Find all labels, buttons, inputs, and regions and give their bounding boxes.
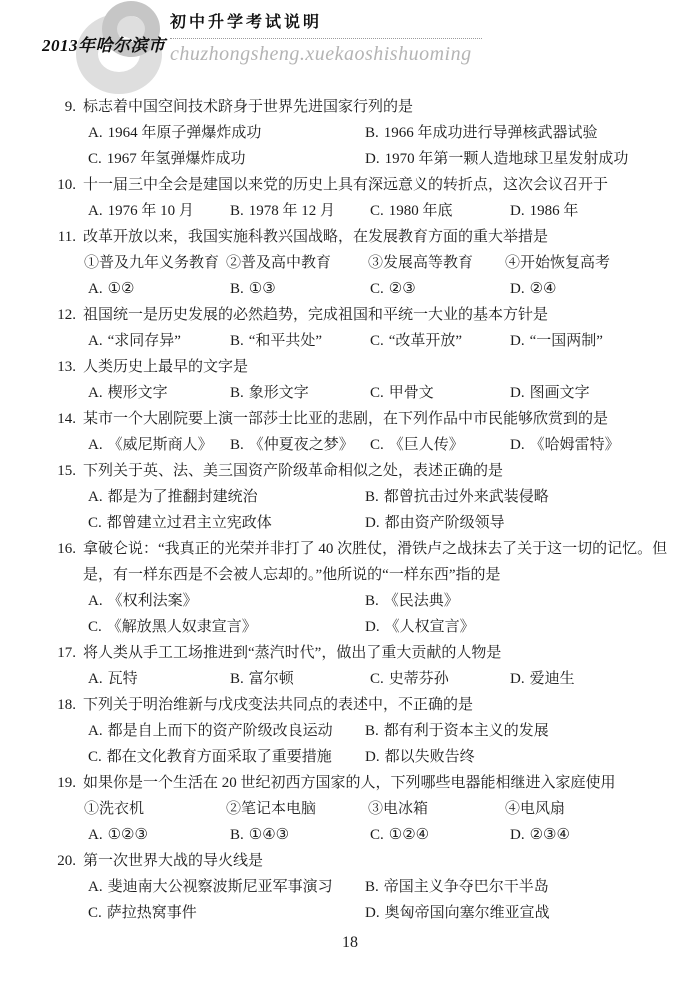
- option: B.《民法典》: [365, 588, 676, 614]
- options-row: A.《权利法案》B.《民法典》: [50, 588, 676, 614]
- question-stem-row: 12.祖国统一是历史发展的必然趋势，完成祖国和平统一大业的基本方针是: [50, 302, 676, 328]
- question-stem: 某市一个大剧院要上演一部莎士比亚的悲剧，在下列作品中市民能够欣赏到的是: [83, 406, 676, 432]
- option-text: ①②④: [389, 827, 429, 843]
- option: D.都以失败告终: [365, 744, 676, 770]
- option: B.①③: [230, 276, 370, 302]
- option-text: 甲骨文: [389, 385, 434, 401]
- option: B.《仲夏夜之梦》: [230, 432, 370, 458]
- options-row: C.《解放黑人奴隶宣言》D.《人权宣言》: [50, 614, 676, 640]
- question-number: 14.: [50, 406, 76, 432]
- option: D.爱迪生: [510, 666, 676, 692]
- page-number: 18: [0, 934, 700, 952]
- option: A.瓦特: [88, 666, 230, 692]
- option-text: 1970 年第一颗人造地球卫星发射成功: [385, 151, 629, 167]
- option: C.史蒂芬孙: [370, 666, 510, 692]
- option: D.1986 年: [510, 198, 676, 224]
- option-label: C.: [370, 385, 384, 401]
- question-stem: 十一届三中全会是建国以来党的历史上具有深远意义的转折点，这次会议召开于: [83, 172, 676, 198]
- options-row: A.①②B.①③C.②③D.②④: [50, 276, 676, 302]
- sub-item: ③发展高等教育: [368, 250, 505, 276]
- question: 18.下列关于明治维新与戊戌变法共同点的表述中，不正确的是A.都是自上而下的资产…: [50, 692, 676, 770]
- options-row: C.都曾建立过君主立宪政体D.都由资产阶级领导: [50, 510, 676, 536]
- option: D.“一国两制”: [510, 328, 676, 354]
- question: 16.拿破仑说：“我真正的光荣并非打了 40 次胜仗，滑铁卢之战抹去了关于这一切…: [50, 536, 676, 640]
- question: 12.祖国统一是历史发展的必然趋势，完成祖国和平统一大业的基本方针是A.“求同存…: [50, 302, 676, 354]
- option: B.帝国主义争夺巴尔干半岛: [365, 874, 676, 900]
- question-number: 19.: [50, 770, 76, 796]
- option-label: B.: [230, 333, 244, 349]
- option-text: 1978 年 12 月: [249, 203, 335, 219]
- option: D.奥匈帝国向塞尔维亚宣战: [365, 900, 676, 926]
- option-text: 《解放黑人奴隶宣言》: [107, 619, 257, 635]
- option-text: 1980 年底: [389, 203, 453, 219]
- option-label: C.: [370, 671, 384, 687]
- sub-items-row: ①洗衣机②笔记本电脑③电冰箱④电风扇: [50, 796, 676, 822]
- option: A.①②: [88, 276, 230, 302]
- options-row: A.都是为了推翻封建统治B.都曾抗击过外来武装侵略: [50, 484, 676, 510]
- option: B.象形文字: [230, 380, 370, 406]
- option-label: C.: [370, 437, 384, 453]
- option-label: C.: [370, 281, 384, 297]
- option-text: ①③: [249, 281, 276, 297]
- option-text: ②③④: [530, 827, 570, 843]
- question: 14.某市一个大剧院要上演一部莎士比亚的悲剧，在下列作品中市民能够欣赏到的是A.…: [50, 406, 676, 458]
- sub-item: ①普及九年义务教育: [84, 250, 226, 276]
- question-number: 11.: [50, 224, 76, 250]
- page-header: 2013年哈尔滨市 初中升学考试说明 chuzhongsheng.xuekaos…: [0, 0, 700, 88]
- option-label: A.: [88, 723, 103, 739]
- options-row: A.①②③B.①④③C.①②④D.②③④: [50, 822, 676, 848]
- option: D.②③④: [510, 822, 676, 848]
- option-label: C.: [370, 333, 384, 349]
- option-text: 象形文字: [249, 385, 309, 401]
- question-stem: 拿破仑说：“我真正的光荣并非打了 40 次胜仗，滑铁卢之战抹去了关于这一切的记忆…: [83, 536, 676, 588]
- question-number: 15.: [50, 458, 76, 484]
- option-label: C.: [88, 515, 102, 531]
- option-text: 1964 年原子弹爆炸成功: [108, 125, 262, 141]
- option: A.“求同存异”: [88, 328, 230, 354]
- option-label: B.: [230, 671, 244, 687]
- question-number: 18.: [50, 692, 76, 718]
- option-label: D.: [365, 619, 380, 635]
- option: C.都在文化教育方面采取了重要措施: [88, 744, 365, 770]
- option-label: B.: [230, 385, 244, 401]
- question: 10.十一届三中全会是建国以来党的历史上具有深远意义的转折点，这次会议召开于A.…: [50, 172, 676, 224]
- options-row: A.瓦特B.富尔顿C.史蒂芬孙D.爱迪生: [50, 666, 676, 692]
- option-label: D.: [510, 333, 525, 349]
- option: D.《哈姆雷特》: [510, 432, 676, 458]
- option-label: D.: [510, 827, 525, 843]
- option-text: 《威尼斯商人》: [108, 437, 213, 453]
- option: B.都曾抗击过外来武装侵略: [365, 484, 676, 510]
- option-text: 都在文化教育方面采取了重要措施: [107, 749, 332, 765]
- option: D.《人权宣言》: [365, 614, 676, 640]
- option-label: D.: [510, 203, 525, 219]
- question-stem: 人类历史上最早的文字是: [83, 354, 676, 380]
- option-text: ①②: [108, 281, 135, 297]
- option-label: B.: [230, 437, 244, 453]
- question-stem-row: 13.人类历史上最早的文字是: [50, 354, 676, 380]
- option: C.萨拉热窝事件: [88, 900, 365, 926]
- option: B.都有利于资本主义的发展: [365, 718, 676, 744]
- question-stem: 下列关于英、法、美三国资产阶级革命相似之处，表述正确的是: [83, 458, 676, 484]
- option-label: D.: [365, 151, 380, 167]
- option-text: 都曾建立过君主立宪政体: [107, 515, 272, 531]
- option-text: 《人权宣言》: [385, 619, 475, 635]
- option-label: B.: [365, 723, 379, 739]
- question: 9.标志着中国空间技术跻身于世界先进国家行列的是A.1964 年原子弹爆炸成功B…: [50, 94, 676, 172]
- option: B.富尔顿: [230, 666, 370, 692]
- question-number: 16.: [50, 536, 76, 588]
- option-text: ①②③: [108, 827, 148, 843]
- question-stem: 下列关于明治维新与戊戌变法共同点的表述中，不正确的是: [83, 692, 676, 718]
- pinyin-subtitle: chuzhongsheng.xuekaoshishuoming: [170, 39, 482, 66]
- option-text: 都由资产阶级领导: [385, 515, 505, 531]
- option: A.1976 年 10 月: [88, 198, 230, 224]
- option-text: 都是为了推翻封建统治: [108, 489, 258, 505]
- option-text: 斐迪南大公视察波斯尼亚军事演习: [108, 879, 333, 895]
- option-label: A.: [88, 879, 103, 895]
- option-text: ①④③: [249, 827, 289, 843]
- option-label: A.: [88, 671, 103, 687]
- sub-item: ②普及高中教育: [226, 250, 368, 276]
- option-label: D.: [365, 749, 380, 765]
- options-row: A.1964 年原子弹爆炸成功B.1966 年成功进行导弹核武器试验: [50, 120, 676, 146]
- sub-item: ③电冰箱: [368, 796, 505, 822]
- option-text: “改革开放”: [389, 333, 462, 349]
- option: C.1980 年底: [370, 198, 510, 224]
- option: A.都是自上而下的资产阶级改良运动: [88, 718, 365, 744]
- option: B.“和平共处”: [230, 328, 370, 354]
- question-stem-row: 10.十一届三中全会是建国以来党的历史上具有深远意义的转折点，这次会议召开于: [50, 172, 676, 198]
- option-text: 都以失败告终: [385, 749, 475, 765]
- option-label: B.: [230, 203, 244, 219]
- options-row: C.都在文化教育方面采取了重要措施D.都以失败告终: [50, 744, 676, 770]
- option-text: 1986 年: [530, 203, 579, 219]
- question-stem-row: 20.第一次世界大战的导火线是: [50, 848, 676, 874]
- option-label: C.: [370, 203, 384, 219]
- option-text: 1967 年氢弹爆炸成功: [107, 151, 246, 167]
- options-row: A.“求同存异”B.“和平共处”C.“改革开放”D.“一国两制”: [50, 328, 676, 354]
- option: D.图画文字: [510, 380, 676, 406]
- option-text: 史蒂芬孙: [389, 671, 449, 687]
- question-stem-row: 18.下列关于明治维新与戊戌变法共同点的表述中，不正确的是: [50, 692, 676, 718]
- option-label: D.: [510, 437, 525, 453]
- question-stem-row: 15.下列关于英、法、美三国资产阶级革命相似之处，表述正确的是: [50, 458, 676, 484]
- question: 15.下列关于英、法、美三国资产阶级革命相似之处，表述正确的是A.都是为了推翻封…: [50, 458, 676, 536]
- question-stem-row: 19.如果你是一个生活在 20 世纪初西方国家的人，下列哪些电器能相继进入家庭使…: [50, 770, 676, 796]
- option: A.楔形文字: [88, 380, 230, 406]
- option: B.1978 年 12 月: [230, 198, 370, 224]
- question: 11.改革开放以来，我国实施科教兴国战略，在发展教育方面的重大举措是①普及九年义…: [50, 224, 676, 302]
- option-label: D.: [365, 515, 380, 531]
- option-text: 《巨人传》: [389, 437, 464, 453]
- question-number: 20.: [50, 848, 76, 874]
- option: C.“改革开放”: [370, 328, 510, 354]
- question-stem: 将人类从手工工场推进到“蒸汽时代”，做出了重大贡献的人物是: [83, 640, 676, 666]
- option-text: “求同存异”: [108, 333, 181, 349]
- question-stem-row: 14.某市一个大剧院要上演一部莎士比亚的悲剧，在下列作品中市民能够欣赏到的是: [50, 406, 676, 432]
- options-row: A.都是自上而下的资产阶级改良运动B.都有利于资本主义的发展: [50, 718, 676, 744]
- option: A.①②③: [88, 822, 230, 848]
- option-text: ②④: [530, 281, 557, 297]
- option: D.1970 年第一颗人造地球卫星发射成功: [365, 146, 676, 172]
- option-text: 《民法典》: [384, 593, 459, 609]
- options-row: C.萨拉热窝事件D.奥匈帝国向塞尔维亚宣战: [50, 900, 676, 926]
- option-text: 瓦特: [108, 671, 138, 687]
- option-text: 楔形文字: [108, 385, 168, 401]
- option-text: 《权利法案》: [108, 593, 198, 609]
- option-text: 帝国主义争夺巴尔干半岛: [384, 879, 549, 895]
- option-label: C.: [88, 619, 102, 635]
- option-label: B.: [230, 281, 244, 297]
- option-label: A.: [88, 281, 103, 297]
- option-label: A.: [88, 827, 103, 843]
- option-label: A.: [88, 489, 103, 505]
- option-label: A.: [88, 385, 103, 401]
- question: 13.人类历史上最早的文字是A.楔形文字B.象形文字C.甲骨文D.图画文字: [50, 354, 676, 406]
- option-label: B.: [365, 489, 379, 505]
- option-label: A.: [88, 125, 103, 141]
- question-stem: 如果你是一个生活在 20 世纪初西方国家的人，下列哪些电器能相继进入家庭使用: [83, 770, 676, 796]
- question: 17.将人类从手工工场推进到“蒸汽时代”，做出了重大贡献的人物是A.瓦特B.富尔…: [50, 640, 676, 692]
- question-stem: 第一次世界大战的导火线是: [83, 848, 676, 874]
- option: C.甲骨文: [370, 380, 510, 406]
- option-label: B.: [365, 125, 379, 141]
- sub-items-row: ①普及九年义务教育②普及高中教育③发展高等教育④开始恢复高考: [50, 250, 676, 276]
- option: A.1964 年原子弹爆炸成功: [88, 120, 365, 146]
- option: A.《权利法案》: [88, 588, 365, 614]
- option-text: ②③: [389, 281, 416, 297]
- option-text: “和平共处”: [249, 333, 322, 349]
- option-label: D.: [510, 671, 525, 687]
- question-stem-row: 16.拿破仑说：“我真正的光荣并非打了 40 次胜仗，滑铁卢之战抹去了关于这一切…: [50, 536, 676, 588]
- question: 19.如果你是一个生活在 20 世纪初西方国家的人，下列哪些电器能相继进入家庭使…: [50, 770, 676, 848]
- option-label: A.: [88, 203, 103, 219]
- option-label: A.: [88, 437, 103, 453]
- option-label: D.: [365, 905, 380, 921]
- option-text: 《仲夏夜之梦》: [249, 437, 354, 453]
- sub-item: ④开始恢复高考: [505, 250, 676, 276]
- question-number: 12.: [50, 302, 76, 328]
- option-label: B.: [230, 827, 244, 843]
- question-number: 10.: [50, 172, 76, 198]
- option: A.斐迪南大公视察波斯尼亚军事演习: [88, 874, 365, 900]
- option-label: C.: [88, 151, 102, 167]
- header-title-block: 初中升学考试说明 chuzhongsheng.xuekaoshishuoming: [170, 9, 482, 66]
- question-stem: 祖国统一是历史发展的必然趋势，完成祖国和平统一大业的基本方针是: [83, 302, 676, 328]
- option: C.都曾建立过君主立宪政体: [88, 510, 365, 536]
- option-label: C.: [88, 749, 102, 765]
- options-row: C.1967 年氢弹爆炸成功D.1970 年第一颗人造地球卫星发射成功: [50, 146, 676, 172]
- option-label: D.: [510, 385, 525, 401]
- option: D.②④: [510, 276, 676, 302]
- option-text: 奥匈帝国向塞尔维亚宣战: [385, 905, 550, 921]
- option-text: 《哈姆雷特》: [530, 437, 620, 453]
- option-label: D.: [510, 281, 525, 297]
- option: C.①②④: [370, 822, 510, 848]
- option-text: 爱迪生: [530, 671, 575, 687]
- option-label: A.: [88, 593, 103, 609]
- option: C.《巨人传》: [370, 432, 510, 458]
- edition-label: 2013年哈尔滨市: [42, 31, 166, 56]
- option: C.②③: [370, 276, 510, 302]
- option-label: C.: [370, 827, 384, 843]
- option-text: 1976 年 10 月: [108, 203, 194, 219]
- question-stem: 改革开放以来，我国实施科教兴国战略，在发展教育方面的重大举措是: [83, 224, 676, 250]
- option-label: B.: [365, 879, 379, 895]
- option: A.《威尼斯商人》: [88, 432, 230, 458]
- option-text: 都是自上而下的资产阶级改良运动: [108, 723, 333, 739]
- option-text: “一国两制”: [530, 333, 603, 349]
- option-text: 图画文字: [530, 385, 590, 401]
- question-stem-row: 11.改革开放以来，我国实施科教兴国战略，在发展教育方面的重大举措是: [50, 224, 676, 250]
- option-text: 萨拉热窝事件: [107, 905, 197, 921]
- options-row: A.《威尼斯商人》B.《仲夏夜之梦》C.《巨人传》D.《哈姆雷特》: [50, 432, 676, 458]
- option: C.1967 年氢弹爆炸成功: [88, 146, 365, 172]
- sub-item: ①洗衣机: [84, 796, 226, 822]
- question-stem-row: 17.将人类从手工工场推进到“蒸汽时代”，做出了重大贡献的人物是: [50, 640, 676, 666]
- options-row: A.斐迪南大公视察波斯尼亚军事演习B.帝国主义争夺巴尔干半岛: [50, 874, 676, 900]
- question-number: 17.: [50, 640, 76, 666]
- sub-item: ②笔记本电脑: [226, 796, 368, 822]
- option: D.都由资产阶级领导: [365, 510, 676, 536]
- questions-list: 9.标志着中国空间技术跻身于世界先进国家行列的是A.1964 年原子弹爆炸成功B…: [0, 88, 700, 926]
- option-text: 1966 年成功进行导弹核武器试验: [384, 125, 598, 141]
- option: B.1966 年成功进行导弹核武器试验: [365, 120, 676, 146]
- option-label: C.: [88, 905, 102, 921]
- option-text: 都有利于资本主义的发展: [384, 723, 549, 739]
- option-text: 都曾抗击过外来武装侵略: [384, 489, 549, 505]
- sub-item: ④电风扇: [505, 796, 676, 822]
- option-text: 富尔顿: [249, 671, 294, 687]
- option: B.①④③: [230, 822, 370, 848]
- page-title: 初中升学考试说明: [170, 9, 482, 39]
- options-row: A.楔形文字B.象形文字C.甲骨文D.图画文字: [50, 380, 676, 406]
- option-label: B.: [365, 593, 379, 609]
- options-row: A.1976 年 10 月B.1978 年 12 月C.1980 年底D.198…: [50, 198, 676, 224]
- option: C.《解放黑人奴隶宣言》: [88, 614, 365, 640]
- question-number: 13.: [50, 354, 76, 380]
- question: 20.第一次世界大战的导火线是A.斐迪南大公视察波斯尼亚军事演习B.帝国主义争夺…: [50, 848, 676, 926]
- option-label: A.: [88, 333, 103, 349]
- option: A.都是为了推翻封建统治: [88, 484, 365, 510]
